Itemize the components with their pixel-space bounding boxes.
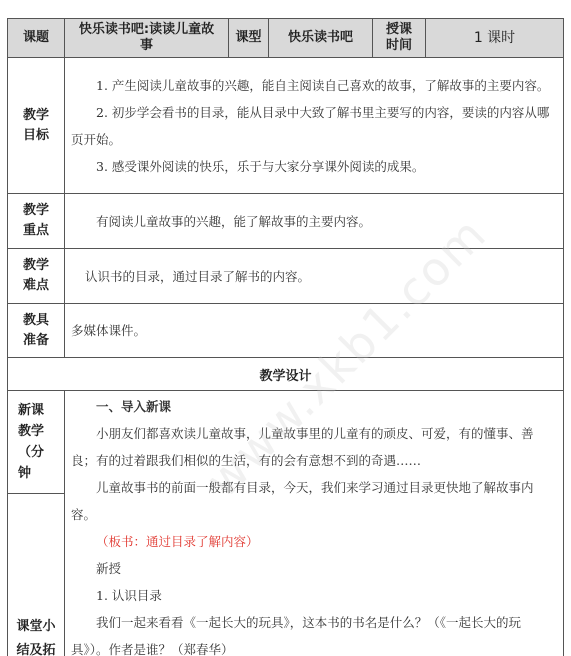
section-heading: 一、导入新课 [71,393,557,420]
new-lesson-label: 新课教学（分钟 [8,391,65,494]
paragraph: 儿童故事书的前面一般都有目录，今天，我们来学习通过目录更快地了解故事内容。 [71,474,557,528]
focus-content: 有阅读儿童故事的兴趣，能了解故事的主要内容。 [65,194,564,249]
header-row: 课题 快乐读书吧:读读儿童故事 课型 快乐读书吧 授课时间 1 课时 [8,19,564,58]
tools-row: 教具准备 多媒体课件。 [8,304,564,358]
objectives-label: 教学目标 [8,58,65,194]
focus-label: 教学重点 [8,194,65,249]
objective-item: 2. 初步学会看书的目录，能从目录中大致了解书里主要写的内容，要读的内容从哪页开… [71,99,557,153]
objectives-row: 教学目标 1. 产生阅读儿童故事的兴趣，能自主阅读自己喜欢的故事，了解故事的主要… [8,58,564,194]
time-label: 授课时间 [373,19,426,58]
type-value: 快乐读书吧 [269,19,373,58]
objectives-content: 1. 产生阅读儿童故事的兴趣，能自主阅读自己喜欢的故事，了解故事的主要内容。 2… [65,58,564,194]
summary-label: 课堂小结及拓 [8,494,65,656]
paragraph: 小朋友们都喜欢读儿童故事，儿童故事里的儿童有的顽皮、可爱，有的懂事、善良；有的过… [71,420,557,474]
design-header-row: 教学设计 [8,358,564,391]
focus-row: 教学重点 有阅读儿童故事的兴趣，能了解故事的主要内容。 [8,194,564,249]
type-label: 课型 [229,19,269,58]
board-note: （板书：通过目录了解内容） [71,528,557,555]
step-heading: 1. 认识目录 [71,582,557,609]
lesson-plan: 课题 快乐读书吧:读读儿童故事 课型 快乐读书吧 授课时间 1 课时 教学目标 … [7,18,563,656]
tools-content: 多媒体课件。 [65,304,564,358]
difficulty-row: 教学难点 认识书的目录，通过目录了解书的内容。 [8,249,564,304]
paragraph: 我们一起来看看《一起长大的玩具》，这本书的书名是什么？（《一起长大的玩具》）。作… [71,609,557,656]
new-lesson-row: 新课教学（分钟 一、导入新课 小朋友们都喜欢读儿童故事，儿童故事里的儿童有的顽皮… [8,391,564,494]
objective-item: 1. 产生阅读儿童故事的兴趣，能自主阅读自己喜欢的故事，了解故事的主要内容。 [71,72,557,99]
subheading: 新授 [71,555,557,582]
objective-item: 3. 感受课外阅读的快乐，乐于与大家分享课外阅读的成果。 [71,153,557,180]
title-value: 快乐读书吧:读读儿童故事 [65,19,229,58]
title-label: 课题 [8,19,65,58]
difficulty-label: 教学难点 [8,249,65,304]
design-content: 一、导入新课 小朋友们都喜欢读儿童故事，儿童故事里的儿童有的顽皮、可爱，有的懂事… [65,391,564,656]
difficulty-content: 认识书的目录，通过目录了解书的内容。 [65,249,564,304]
tools-label: 教具准备 [8,304,65,358]
time-value: 1 课时 [426,19,564,58]
design-title: 教学设计 [8,358,564,391]
lesson-plan-table: 课题 快乐读书吧:读读儿童故事 课型 快乐读书吧 授课时间 1 课时 教学目标 … [7,18,564,656]
